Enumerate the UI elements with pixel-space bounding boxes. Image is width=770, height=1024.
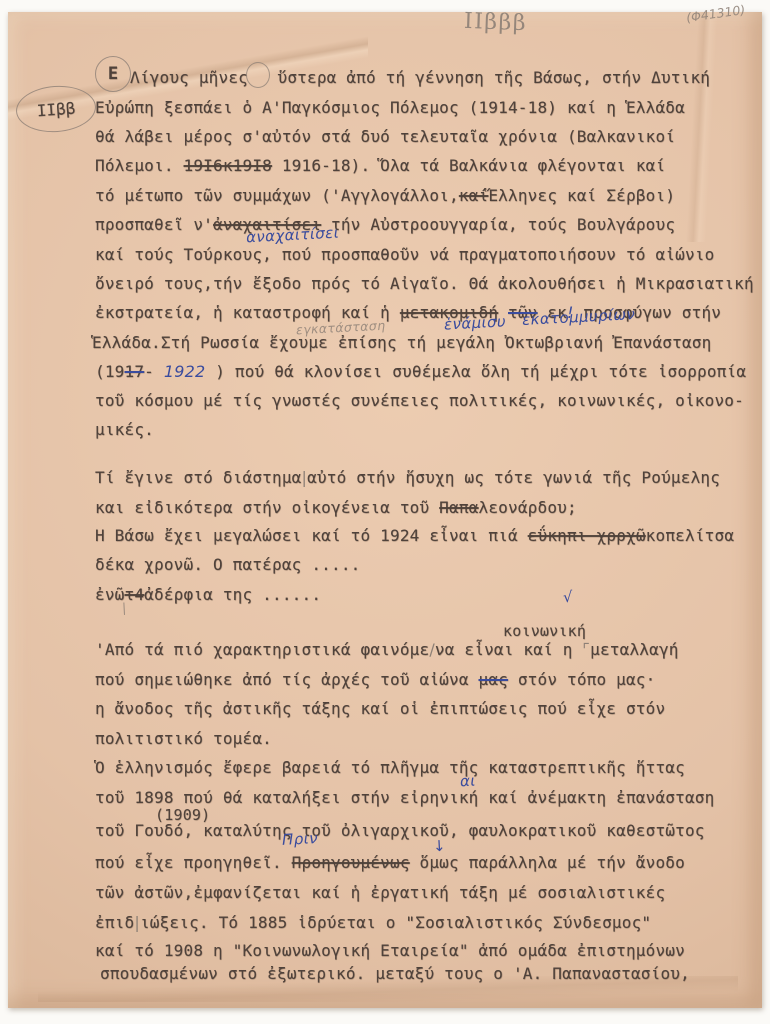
typed-line: και εἰδικότερα στήν οἰκογένεια τοῦ Παπαλ… [95,498,577,518]
paragraph-letter-label: Ε [108,64,118,84]
typed-segment: κοπελίτσα [646,526,735,545]
typed-segment-pencil: ⌜ [582,640,590,659]
typed-line: Η Βάσω ἔχει μεγαλώσει καί τό 1924 εἶναι … [95,526,734,546]
typed-segment-strike: Παπα [439,498,478,517]
typed-line: προσπαθεῖ ν'ἀναχαιτίσει τήν Αὐστροουγγαρ… [95,215,675,235]
typed-segment: τήν Αὐστροουγγαρία, τούς Βουλγάρους [321,215,675,234]
typed-insert-koinoniki: κοινωνική [503,622,586,640]
document-text-layer: ΙΙβββ (Φ41310) ΙΙββ Ε Λίγους μῆνες ὕστερ… [0,0,770,1024]
typed-segment: - [144,362,164,381]
typed-line: τοῦ Γουδό, καταλύτης τοῦ ὀλιγαρχικοῦ, φα… [95,821,705,841]
typed-segment: (19 [95,362,125,381]
typed-segment: 'Από τά πιό χαρακτηριστικά φαινόμε [95,640,429,659]
typed-line: δέκα χρονῶ. Ο πατέρας ..... [95,555,361,575]
typed-line: καί τό 1908 η "Κοινωνωλογική Εταιρεία" ἀ… [95,941,685,961]
pencil-stroke: | [122,600,127,615]
typed-line: ὄνειρό τους,τήν ἔξοδο πρός τό Αἰγαῖο. Θά… [95,274,754,294]
typed-line: πού εἶχε προηγηθεῖ. Προηγουμένως ὅμως πα… [95,853,685,873]
typed-segment: σπουδασμένων στό ἐξωτερικό. μεταξύ τους … [100,964,690,983]
typed-line: ἐπιδ|ιώξεις. Τό 1885 ἱδρύεται ο "Σοσιαλι… [95,913,651,933]
typed-line: 'Από τά πιό χαρακτηριστικά φαινόμε/να εἶ… [95,640,679,660]
typed-segment: η ἄνοδος τῆς ἀστικῆς τάξης καί οἱ ἐπιπτώ… [95,699,665,718]
typed-segment: μικές. [95,420,154,439]
typed-segment: ιώξεις. Τό 1885 ἱδρύεται ο "Σοσιαλιστικό… [140,913,651,932]
typed-segment-strike: τ4 [125,585,145,604]
pencil-archive-mark: (Φ41310) [685,2,746,25]
typed-segment: τῶν ἀστῶν,ἐμφανίζεται καί ἡ ἐργατική τάξ… [95,883,665,902]
typed-segment: μεταλλαγή [590,640,679,659]
typed-line: τό μέτωπο τῶν συμμάχων ('Αγγλογάλλοι,καί… [95,186,675,206]
typed-segment-strike-blue: 17 [125,362,145,381]
typed-line: τοῦ 1898 πού θά καταλήξει στήν εἰρηνική … [95,788,714,808]
typed-segment: ἐνῶ [95,585,125,604]
typed-segment: ) πού θά κλονίσει συθέμελα ὅλη τή μέχρι … [205,362,746,381]
typed-segment-strike: 19Ι6κ19Ι8 [184,156,273,175]
typed-segment: τοῦ 1898 πού θά καταλήξει στήν εἰρηνική … [95,788,714,807]
scanned-document-screenshot: { "colors":{ "paper":"#e4c2a7", "ink":"#… [0,0,770,1024]
handwritten-enamisy: ἑνάμισυ [444,312,507,333]
typed-segment: τό μέτωπο τῶν συμμάχων ('Αγγλογάλλοι, [95,186,459,205]
typed-segment: πολιτιστικό τομέα. [95,729,272,748]
paragraph-circled-letter: Ε [95,56,131,92]
typed-line: Εὐρώπη ξεσπάει ὁ Α'Παγκόσμιος Πόλεμος (1… [95,98,685,118]
typed-segment: αὐτό στήν ἥσυχη ως τότε γωνιά τῆς Ρούμελ… [307,468,720,487]
typed-line: (1917- 1922 ) πού θά κλονίσει συθέμελα ὅ… [95,362,746,382]
typed-segment: Ὁ ἑλληνισμός ἔφερε βαρειά τό πλῆγμα τῆς … [95,758,685,777]
typed-segment: λεονάρδου; [479,498,577,517]
handwritten-prin: Πριν [282,829,319,849]
typed-line: Πόλεμοι. 19Ι6κ19Ι8 1916-18). Ὅλα τά Βαλκ… [95,156,665,176]
insertion-circle-mark [246,62,270,88]
typed-line: η ἄνοδος τῆς ἀστικῆς τάξης καί οἱ ἐπιπτώ… [95,699,665,719]
typed-segment: τοῦ κόσμου μέ τίς γνωστές συνέπειες πολι… [95,391,744,410]
typed-segment: προσπαθεῖ ν' [95,215,213,234]
typed-line: Ὁ ἑλληνισμός ἔφερε βαρειά τό πλῆγμα τῆς … [95,758,685,778]
typed-segment: Ἑλλάδα.Στή Ρωσσία ἔχουμε ἐπίσης τή μεγάλ… [92,333,711,352]
margin-circled-mark: ΙΙββ [14,83,97,134]
typed-line: Λίγους μῆνες ὕστερα ἀπό τή γέννηση τῆς Β… [130,68,710,88]
typed-segment: Πόλεμοι. [95,156,184,175]
typed-segment: και εἰδικότερα στήν οἰκογένεια τοῦ [95,498,439,517]
handwritten-anachaitisei: αναχαιτίσει [246,224,340,247]
typed-segment: 1916-18). Ὅλα τά Βαλκάνια φλέγονται καί [272,156,665,175]
typed-segment: Εὐρώπη ξεσπάει ὁ Α'Παγκόσμιος Πόλεμος (1… [95,98,685,117]
typed-segment-strike-blue: μας [478,670,508,689]
typed-line: πολιτιστικό τομέα. [95,729,272,749]
typed-segment-blue: 1922 [164,362,206,381]
typed-segment: πού σημειώθηκε ἀπό τίς ἀρχές τοῦ αἰώνα [95,670,478,689]
typed-segment: καί τό 1908 η "Κοινωνωλογική Εταιρεία" ἀ… [95,941,685,960]
typed-segment: Λίγους μῆνες ὕστερα ἀπό τή γέννηση τῆς Β… [130,68,710,87]
typed-line: πού σημειώθηκε ἀπό τίς ἀρχές τοῦ αἰώνα μ… [95,670,655,690]
typed-segment-strike: εΰκηπι χρρχῶ [528,526,646,545]
typed-segment: ἀδέρφια της ...... [144,585,321,604]
typed-segment: Η Βάσω ἔχει μεγαλώσει καί τό 1924 εἶναι … [95,526,528,545]
typed-segment-strike: Προηγουμένως [292,853,410,872]
caret-mark: ↓ [433,837,447,856]
typed-line: Ἑλλάδα.Στή Ρωσσία ἔχουμε ἐπίσης τή μεγάλ… [92,333,711,353]
typed-segment: να εἶναι καί η [435,640,583,659]
typed-line: μικές. [95,420,154,440]
typed-segment: θά λάβει μέρος σ'αὐτόν στά δυό τελευταῖα… [95,127,675,146]
typed-segment: ὄνειρό τους,τήν ἔξοδο πρός τό Αἰγαῖο. Θά… [95,274,754,293]
typed-line: Τί ἔγινε στό διάστημα|αὐτό στήν ἥσυχη ως… [95,468,720,488]
handwritten-ai: αι [460,772,477,791]
typed-segment: Τί ἔγινε στό διάστημα [95,468,302,487]
typed-line: σπουδασμένων στό ἐξωτερικό. μεταξύ τους … [100,964,690,984]
typed-segment: Ἕλληνες καί Σέρβοι) [488,186,675,205]
typed-segment: ὅμως παράλληλα μέ τήν ἄνοδο [410,853,685,872]
typed-segment: δέκα χρονῶ. Ο πατέρας ..... [95,555,361,574]
margin-mark-label: ΙΙββ [36,98,76,120]
typed-segment: ἐπιδ [95,913,134,932]
typed-segment: στόν τόπο μας· [508,670,656,689]
typed-segment: καί τούς Τούρκους, πού προσπαθοῦν νά πρα… [95,245,714,264]
check-mark: √ [563,588,574,606]
typed-line: τῶν ἀστῶν,ἐμφανίζεται καί ἡ ἐργατική τάξ… [95,883,665,903]
typed-line: καί τούς Τούρκους, πού προσπαθοῦν νά πρα… [95,245,714,265]
pencil-page-mark: ΙΙβββ [464,9,528,36]
typed-line: τοῦ κόσμου μέ τίς γνωστές συνέπειες πολι… [95,391,744,411]
typed-segment-strike: καί [459,186,489,205]
typed-line: θά λάβει μέρος σ'αὐτόν στά δυό τελευταῖα… [95,127,675,147]
typed-line: ἐνῶτ4ἀδέρφια της ...... [95,585,321,605]
typed-insert-1909: (1909) [155,806,210,824]
typed-segment: πού εἶχε προηγηθεῖ. [95,853,292,872]
